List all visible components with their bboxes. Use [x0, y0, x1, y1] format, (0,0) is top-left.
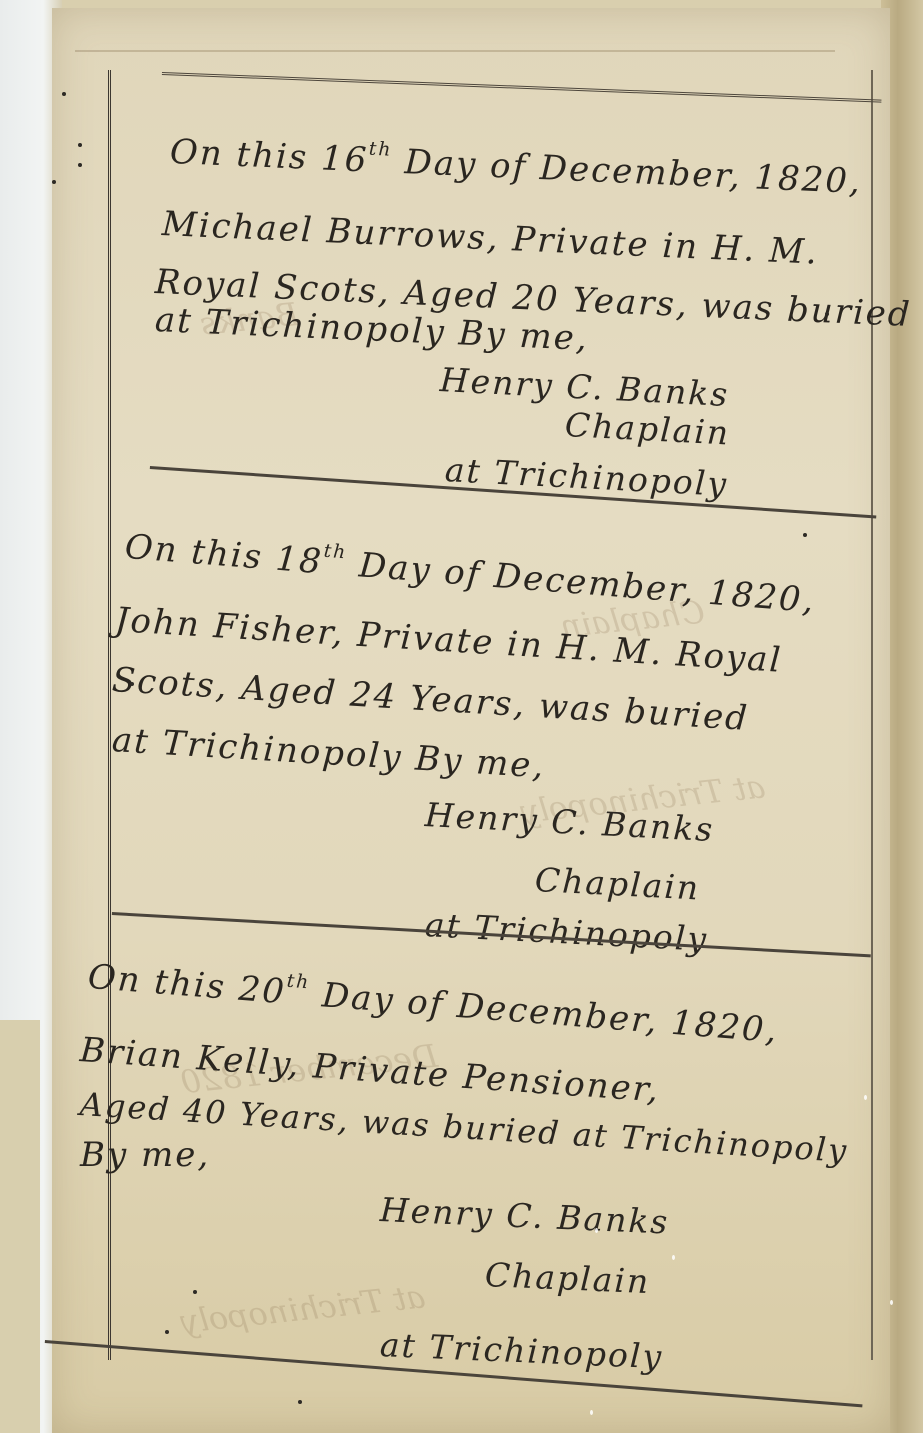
- glare-speck: [595, 1228, 598, 1233]
- backdrop-left-bottom: [0, 1020, 40, 1433]
- entry-3-line-4: By me,: [80, 1135, 210, 1175]
- page-faint-top-rule: [75, 50, 835, 52]
- ink-dot: [165, 1330, 169, 1334]
- glare-speck: [590, 1410, 593, 1415]
- entry-3-signature-title: Chaplain: [484, 1255, 651, 1301]
- ink-dot: [825, 312, 829, 316]
- ink-dot: [78, 163, 82, 167]
- glare-speck: [890, 1300, 893, 1305]
- glare-speck: [864, 1095, 867, 1100]
- ink-dot: [78, 143, 82, 147]
- glare-speck: [672, 1255, 675, 1260]
- ink-dot: [52, 180, 56, 184]
- ink-dot: [62, 92, 66, 96]
- ink-dot: [193, 1290, 197, 1294]
- ink-dot: [298, 1400, 302, 1404]
- ink-dot: [130, 682, 134, 686]
- ink-dot: [803, 533, 807, 537]
